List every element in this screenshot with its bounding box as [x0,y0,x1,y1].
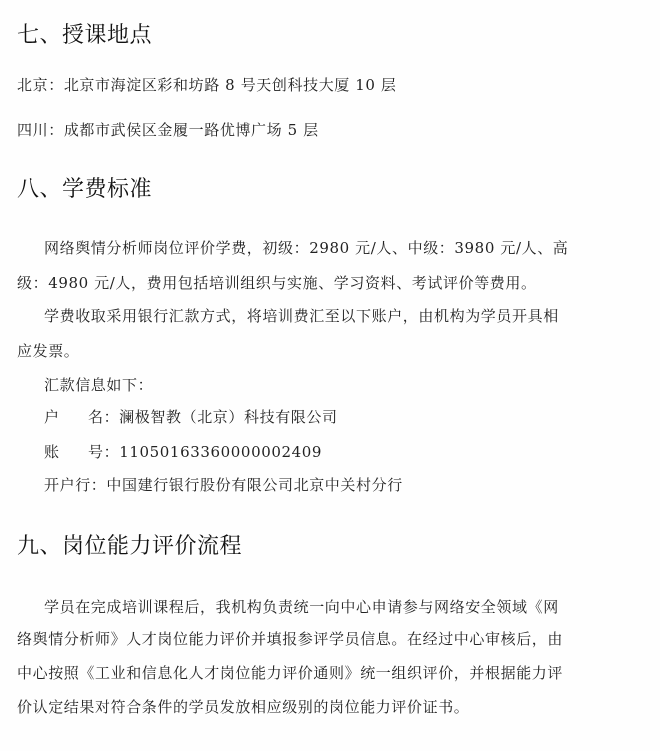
evaluation-paragraph-line: 中心按照《工业和信息化人才岗位能力评价通则》统一组织评价，并根据能力评 [17,662,563,683]
account-name-label-char1: 户 [44,406,88,427]
location-city-label: 北京： [17,76,64,94]
tuition-paragraph-line: 网络舆情分析师岗位评价学费，初级：2980 元/人、中级：3980 元/人、高 [44,237,568,258]
document-page: 七、授课地点 北京：北京市海淀区彩和坊路 8 号天创科技大厦 10 层 四川：成… [0,0,660,751]
bank-row: 开户行：中国建行银行股份有限公司北京中关村分行 [44,474,403,495]
evaluation-paragraph-line: 学员在完成培训课程后，我机构负责统一向中心申请参与网络安全领域《网 [44,596,559,617]
payment-paragraph-line: 应发票。 [17,340,79,361]
location-sichuan: 四川：成都市武侯区金履一路优博广场 5 层 [17,119,319,140]
payment-paragraph-line: 学费收取采用银行汇款方式，将培训费汇至以下账户，由机构为学员开具相 [44,305,559,326]
section-heading-tuition: 八、学费标准 [17,172,152,203]
account-number-row: 账号：11050163360000002409 [44,441,322,462]
bank-value: 中国建行银行股份有限公司北京中关村分行 [106,476,402,494]
location-beijing: 北京：北京市海淀区彩和坊路 8 号天创科技大厦 10 层 [17,74,397,95]
location-city-label: 四川： [17,121,64,139]
account-name-label-char2: 名： [88,408,119,426]
evaluation-paragraph-line: 价认定结果对符合条件的学员发放相应级别的岗位能力评价证书。 [17,696,469,717]
section-heading-evaluation-process: 九、岗位能力评价流程 [17,529,242,560]
location-address: 北京市海淀区彩和坊路 8 号天创科技大厦 10 层 [64,76,397,94]
evaluation-paragraph-line: 络舆情分析师》人才岗位能力评价并填报参评学员信息。在经过中心审核后，由 [17,628,563,649]
location-address: 成都市武侯区金履一路优博广场 5 层 [64,121,319,139]
section-heading-teaching-location: 七、授课地点 [17,18,152,49]
account-number-value: 11050163360000002409 [119,443,322,461]
remittance-intro: 汇款信息如下： [44,374,153,395]
account-name-row: 户名：澜极智教（北京）科技有限公司 [44,406,338,427]
tuition-paragraph-line: 级：4980 元/人，费用包括培训组织与实施、学习资料、考试评价等费用。 [17,272,537,293]
account-number-label-char1: 账 [44,441,88,462]
account-name-value: 澜极智教（北京）科技有限公司 [119,408,337,426]
bank-label: 开户行： [44,476,106,494]
account-number-label-char2: 号： [88,443,119,461]
